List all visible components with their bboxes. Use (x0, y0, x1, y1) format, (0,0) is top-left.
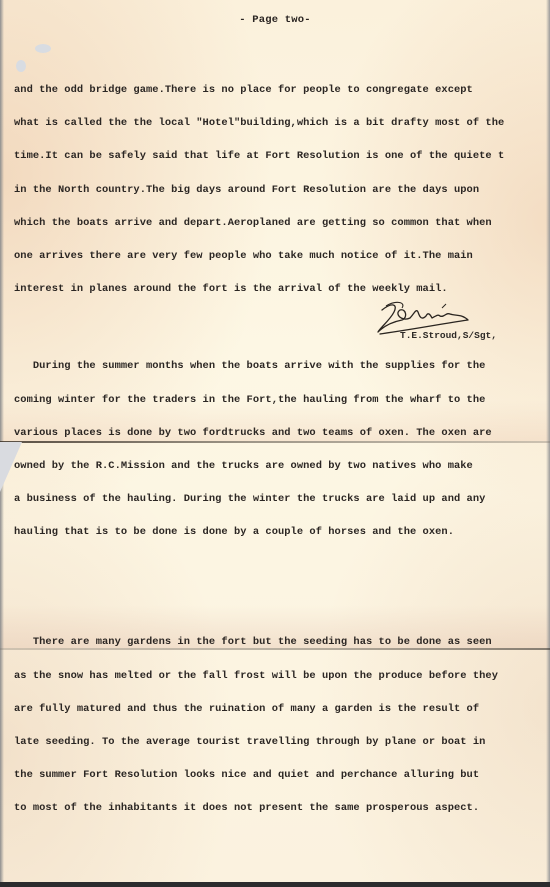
text-line: hauling that is to be done is done by a … (14, 527, 550, 538)
text-line: interest in planes around the fort is th… (14, 284, 550, 295)
text-line: what is called the the local "Hotel"buil… (14, 118, 550, 129)
text-line: are fully matured and thus the ruination… (14, 704, 550, 715)
text-line: to most of the inhabitants it does not p… (14, 803, 550, 814)
text-line: which the boats arrive and depart.Aeropl… (14, 218, 550, 229)
document-page: - Page two- and the odd bridge game.Ther… (0, 0, 550, 884)
paragraph-gap (14, 582, 550, 593)
text-line: in the North country.The big days around… (14, 185, 550, 196)
signature-block: T.E.Stroud,S/Sgt, (372, 298, 522, 353)
paragraph-1: and the odd bridge game.There is no plac… (14, 63, 550, 317)
paragraph-2: During the summer months when the boats … (14, 339, 550, 560)
text-line: time.It can be safely said that life at … (14, 151, 550, 162)
text-line: owned by the R.C.Mission and the trucks … (14, 461, 550, 472)
text-line: There are many gardens in the fort but t… (14, 637, 550, 648)
paper-fold-crease (0, 648, 550, 650)
paper-fold-crease (0, 441, 550, 443)
typed-signature-name: T.E.Stroud,S/Sgt, (400, 330, 497, 341)
text-line: During the summer months when the boats … (14, 361, 550, 372)
text-line: the summer Fort Resolution looks nice an… (14, 770, 550, 781)
text-line: a business of the hauling. During the wi… (14, 494, 550, 505)
page-header: - Page two- (0, 14, 550, 26)
text-line: various places is done by two fordtrucks… (14, 428, 550, 439)
document-body: and the odd bridge game.There is no plac… (14, 41, 550, 858)
text-line: late seeding. To the average tourist tra… (14, 737, 550, 748)
page-edge-bottom (0, 882, 550, 887)
text-line: and the odd bridge game.There is no plac… (14, 85, 550, 96)
text-line: coming winter for the traders in the For… (14, 395, 550, 406)
text-line: as the snow has melted or the fall frost… (14, 671, 550, 682)
text-line: one arrives there are very few people wh… (14, 251, 550, 262)
